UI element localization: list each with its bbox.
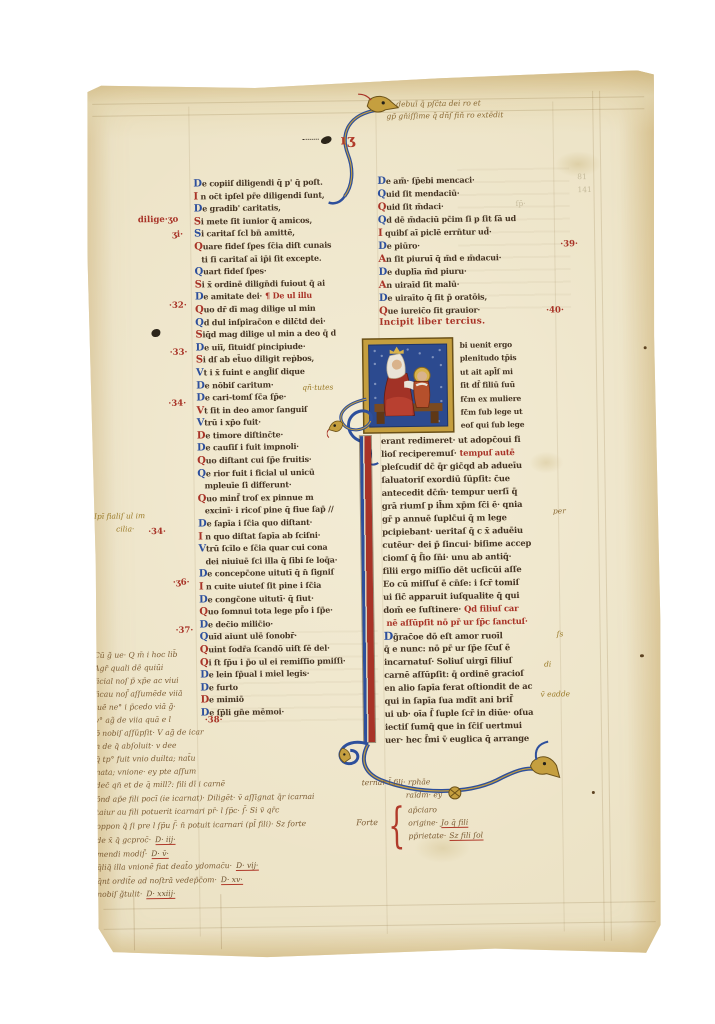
line-text: uo dr̄ dī mag dilige ul min <box>204 303 316 315</box>
incipit-side-text: bi uenit ergoplenitudo tp̄isut ait apl̄ſ… <box>460 338 525 433</box>
reference-line: q̄nt ordit̄e ad noſtrā vedep̄c̄om·D· xv· <box>97 872 259 888</box>
body-line: ut ait apl̄ſ mi <box>460 365 524 379</box>
line-text: e ſapīa i ſc̄ia quo diſtant· <box>206 517 312 528</box>
line-text: iectiſ ſumq̄ que in ſc̄iſ uertmui <box>385 720 522 732</box>
ink-speck <box>644 346 647 349</box>
line-text: uīd aiunt ulē ſonobr̄· <box>208 630 297 641</box>
line-text: trū i xp̄o fuit· <box>204 417 261 428</box>
ruling-line <box>103 901 655 910</box>
margin-notes-layer: debuī q̄ pſc̄ta dei ro etgp̄ gn̄iſſime q… <box>84 70 654 78</box>
line-text: e rior fuit i ficial ul unicū <box>206 466 315 478</box>
line-text: e lein ſp̄ual i miel legis· <box>209 668 310 679</box>
line-text: quibſ aī piclē errn̄tur ud̄· <box>385 226 492 237</box>
diagram-item-underlined: Jo q̄ fili <box>441 818 468 828</box>
line-initial: Q <box>200 634 209 642</box>
catalog-photo-background: De copiiſ diligendi q̄ p' q̄ poſt.In oc̄… <box>0 0 715 1024</box>
line-initial: Q <box>198 495 207 503</box>
line-text: g̃rac̄oe dō eſt amor ruoīl <box>393 630 503 642</box>
line-initial: A <box>378 256 386 264</box>
line-red-text: Qd filiuſ car <box>461 603 518 614</box>
line-text: e concepc̄one uitutī q̄ n̄ ſigniſ <box>207 567 334 579</box>
margin-note: di <box>544 660 551 669</box>
line-text: n cuite uiuteſ ſit pine i ſc̄ia <box>206 580 321 592</box>
reference-text: mendi modiſ̄· <box>97 849 148 859</box>
line-text: carnē aſſūpſit: q̄ ordinē gracioſ <box>384 668 524 680</box>
ruling-line <box>104 921 656 930</box>
line-initial: V <box>198 546 206 554</box>
reference-text: de x̄ q̄ gcproc̄· <box>96 835 151 845</box>
line-text: uid ſit m̄daci· <box>386 201 443 212</box>
cursive-note-line: p̄ nobiſ aſſūpſit· V ag̃ de icar <box>95 725 204 740</box>
line-text: ciomſ q̄ ſ̄io ſn̄i· unu ab antiq̄· <box>383 551 512 563</box>
line-initial: Q <box>378 204 387 212</box>
line-text: dom̄ ee ſuſtinere· <box>383 604 461 615</box>
distinctio-citation: D· v̄· <box>151 848 169 858</box>
line-text: trū ſcīlo e ſc̄ia quar cui cona <box>206 542 328 554</box>
line-text: e furto <box>209 682 238 692</box>
line-initial: Q <box>378 217 387 225</box>
line-red-text: nē aſſūpſit nō pr̄ ur ſp̄c ſanctuſ· <box>383 616 527 628</box>
line-initial: Q <box>197 470 206 478</box>
reference-text: nobiſ g̃tulit· <box>97 889 142 899</box>
cursive-notes-narrow: Cū g̃ ue· Q m̄ i hoc lib̄Agr̄ quali dē q… <box>94 647 204 779</box>
distinctio-citation: D· iij· <box>155 835 176 845</box>
body-line: bi uenit ergo <box>460 338 524 352</box>
line-text: en alio ſapīa ferat oſtiondit de ac <box>384 681 532 693</box>
line-text: ue iureic̄o ſit grauior· <box>388 305 481 316</box>
rubric-incipit-liber-tercius: Incipit liber tercius. <box>379 316 485 327</box>
margin-note: gp̄ gn̄iſſime q̄ dn̄ſ fin̄ ro extēdit <box>386 110 503 121</box>
line-initial: Q <box>377 191 386 199</box>
line-text: i dſ ab et̄uo diligit reṗbos, <box>203 353 314 365</box>
body-line: eoſ qui ſub lege <box>461 418 525 432</box>
line-red-text: tempuſ autē <box>457 447 515 458</box>
line-initial: V <box>197 420 205 428</box>
margin-note: v̄ eadde <box>540 689 570 698</box>
margin-note: ſs <box>557 629 564 638</box>
line-text: n uiraīd ſit malū· <box>386 279 459 290</box>
line-text: i x̄ ordinē dilign̄di fuiout q̄ ai <box>202 277 325 289</box>
line-initial: Q <box>195 319 204 327</box>
margin-note: ſp̄· <box>516 199 526 208</box>
line-initial: A <box>379 282 387 290</box>
line-text: lioſ reciperemuſ· <box>381 448 457 459</box>
line-text: e nōbiſ caritum· <box>205 379 274 390</box>
margin-note: ·38· <box>205 715 223 725</box>
line-text: e amitate dei· <box>203 291 262 302</box>
margin-note: ·34· <box>168 399 186 409</box>
line-text: dei niuiuē ſci illa q̄ ſibi ſe loq̄a· <box>206 554 338 566</box>
margin-note: cilia· <box>116 524 134 533</box>
line-text: grā riumſ p ih̄m xp̄m ſc̄i ē· qnia <box>382 499 523 511</box>
body-line: plenitudo tp̄is <box>460 351 524 365</box>
line-text: uart fideſ ſpes· <box>203 266 266 277</box>
margin-note: ·33· <box>170 348 188 358</box>
line-initial: Q <box>379 308 388 316</box>
body-line: fc̄m ſub lege ut <box>460 405 524 419</box>
line-text: incarnatuſ· Soliuſ uirgī filiuſ <box>384 655 512 667</box>
line-text: e congc̄one uitutī· q̄ ſiut· <box>208 592 314 603</box>
ruling-line <box>133 895 135 950</box>
margin-note: ·37· <box>175 626 193 636</box>
margin-note: ·39· <box>560 239 578 249</box>
line-text: uo diſtant cui ſp̄e fruitis· <box>206 454 312 465</box>
diagram-item-text: origine· <box>408 818 438 827</box>
diagram-item: origine·Jo q̄ fili <box>408 816 483 830</box>
line-text: e piūro· <box>387 240 420 250</box>
line-text: e uiraīto q̄ ſit p̄ oratōis, <box>387 291 487 302</box>
line-text: t ſit in deo amor ſanguiſ <box>204 404 307 415</box>
line-text: t i x̄ fuint e angl̄iſ dique <box>203 366 304 377</box>
margin-note: ·40· <box>546 305 564 315</box>
diagram-item: pp̄rietate·Sz fili ſol <box>408 829 483 843</box>
line-text: cutēur· dei p̄ ſincui· biſime accep <box>382 538 531 550</box>
margin-note: 81 <box>577 172 587 181</box>
line-text: uo minſ̄ troſ ex pinnue m <box>206 492 313 503</box>
diagram-heading-line: ternar l̄ fili· rphāe <box>362 777 431 787</box>
line-text: i mete ſit iunior q̄ amicos, <box>201 215 312 227</box>
line-text: uint ſodr̄a ſcandō uiſt ſē del· <box>208 643 329 655</box>
line-text: d dē m̄daciū pc̄im ſi p ſit ſā ud <box>386 213 516 225</box>
line-text: d dul inſpirac̄on e dilc̄td dei· <box>204 315 326 327</box>
line-initial: Q <box>199 609 208 617</box>
distinctio-citation: D· vij· <box>236 861 259 871</box>
line-text: ſaluatoriſ exordiū ſūpſit: c̄ue <box>381 473 510 485</box>
initial-tail-bar <box>360 436 375 742</box>
margin-note: 141 <box>577 185 591 194</box>
diagram-item-text: ap̄ciaro <box>408 805 437 814</box>
reference-line: nobiſ g̃tulit·D· xxiij· <box>97 886 259 902</box>
margin-note: Ipī fialiſ ul im <box>94 511 145 521</box>
body-line: fc̄m ex muliere <box>460 391 524 405</box>
line-text: i caritaſ ſcl bn̄ amittē, <box>201 227 295 238</box>
forte-brace-diagram: ternar l̄ fili· rphāeraīdm· ey Forte { a… <box>356 775 607 863</box>
diagram-item-text: pp̄rietate· <box>408 831 446 841</box>
line-initial: Q <box>194 243 203 251</box>
line-initial: Q <box>195 269 204 277</box>
reference-text: q̄nt ordit̄e ad noſtrā vedep̄c̄om· <box>97 875 217 886</box>
line-text: i ſt ſp̄u i p̄o ul ei remiſſio pmiſſi· <box>208 655 345 667</box>
line-initial: Q <box>197 457 206 465</box>
line-text: erant redimeret· ut adopc̄oui fi <box>381 434 521 446</box>
manuscript-leaf: De copiiſ diligendi q̄ p' q̄ poſt.In oc̄… <box>84 70 666 964</box>
diagram-item: ap̄ciaro <box>408 803 483 817</box>
line-text: e dec̄io milic̄io· <box>208 618 273 629</box>
line-text: pleſcudiſ dc̄ q̄r gic̄qd ab adueīu <box>381 460 522 472</box>
margin-note: qn̄·tutes <box>302 383 333 392</box>
line-text: q̄ e nunc: nō pr̄ ur ſp̄e ſc̄uſ ē <box>384 642 510 654</box>
ink-blot <box>151 329 160 337</box>
line-text: n quo diſtat ſapīa ab ſciſni· <box>205 529 320 541</box>
line-text: Eo cū miſſuſ ē cn̄ſe: i ſcr̄ tomiſ <box>383 577 519 589</box>
line-text: e mimiō <box>209 694 244 704</box>
line-text: gr̄ p annuē ſuplc̄ui q̄ m lege <box>382 512 507 524</box>
line-text: ui ſic̄ apparuit iuſqualite q̄ qui <box>383 590 519 602</box>
book-three-body-text: erant redimeret· ut adopc̄oui filioſ rec… <box>381 433 534 747</box>
line-text: e timore diſtinc̄te· <box>205 429 283 440</box>
diagram-item-underlined: Sz fili ſol <box>449 831 483 841</box>
line-initial: V <box>196 407 204 415</box>
diagram-heading-line: raīdm· ey <box>406 790 442 800</box>
ink-speck <box>640 654 644 657</box>
reference-text: q̄liq̄ illa vnionē fiat deat̄o ydomac̄u· <box>97 861 232 872</box>
left-index-column: De copiiſ diligendi q̄ p' q̄ poſt.In oc̄… <box>193 175 346 719</box>
right-index-column: De am̄· ſp̄ebi mencaci·Quid ſit mendaciū… <box>377 173 517 318</box>
index-line: Que iureic̄o ſit grauior· <box>379 303 517 318</box>
line-text: e am̄· ſp̄ebi mencaci· <box>386 175 475 186</box>
diagram-label: Forte <box>356 818 378 827</box>
margin-note: ʒi· <box>172 230 183 240</box>
line-text: e copiiſ diligendi q̄ p' q̄ poſt. <box>202 177 323 189</box>
margin-note: per <box>553 506 566 515</box>
pen-flourish-knot-dragon <box>326 397 383 470</box>
line-text: pcipiebant· ueritaſ q̄ c x̄ aduēiu <box>382 525 523 537</box>
ruling-line <box>220 894 222 949</box>
line-text: antecedit dc̄m̄· tempur uerſī q̄ <box>382 486 518 498</box>
body-line: ſit dſ̄ filiū ſuū <box>460 378 524 392</box>
line-text: uare fideſ ſpes ſc̄ia diſt cunais <box>203 240 332 252</box>
brace-glyph: { <box>388 798 406 854</box>
line-text: ui ub· oīa ſ̄ ſuple ſcr̄ in diūe· oſua <box>385 707 534 719</box>
line-text: mpleuīe ſi differunt· <box>204 479 291 490</box>
distinctio-citation: D· xv· <box>221 874 243 884</box>
line-text: e duplīa m̄d piuru· <box>387 266 467 277</box>
margin-note: ·ʒ6· <box>173 578 190 588</box>
cursive-reference-lines: de x̄ q̄ gcproc̄·D· iij·mendi modiſ̄·D· … <box>96 832 259 902</box>
line-initial: V <box>196 369 204 377</box>
line-initial: Q <box>195 306 204 314</box>
line-text: filii ergo miſſīo dēt ucſicūi aſſe <box>383 564 522 576</box>
margin-note: ıʒ <box>341 132 357 148</box>
margin-note: ·34· <box>148 527 166 537</box>
line-text: n ſit piuruī q̄ m̄d e m̄dacui· <box>386 252 501 264</box>
line-text: e cari-tomſ ſc̄a ſp̄e· <box>205 391 287 402</box>
line-text: ti ſi caritaſ aī ip̄i ſit excepte. <box>201 252 321 264</box>
line-text: n oc̄t ipſel pr̄e diligendi ſunt, <box>200 189 324 201</box>
line-text: qui in ſapīa ſua mdīt ani briſ̄ <box>384 694 512 706</box>
distinctio-citation: D· xxiij· <box>146 889 175 899</box>
cursive-notes-wide: dec̄ qn̄ et de q̄ mill?: fili dī i carnē… <box>96 776 315 833</box>
line-text: e cauſiſ i fuit impnoli· <box>205 442 299 453</box>
cursive-note-line: oppon q̄ ſi pre l ſp̄u ſ̄· n̄ potuit ica… <box>96 816 315 833</box>
margin-note: ·32· <box>169 301 187 311</box>
line-red-text: ¶ De ul illu <box>262 290 312 301</box>
line-text: uid ſit mendaciū· <box>386 188 460 199</box>
line-text: e uiī, ſituidſ pincipiude· <box>204 341 305 352</box>
line-text: e gradib' caritatis, <box>202 202 281 213</box>
margin-note: debuī q̄ pſc̄ta dei ro et <box>396 98 481 108</box>
line-text: uo ſomnui tota lege pſ̄o i ſp̄e· <box>208 605 333 617</box>
line-text: iq̄d mag dilige ul min a deo q̄ d <box>202 328 336 340</box>
margin-note: dilige·ʒo <box>138 215 179 226</box>
line-text: excinī· i ricoſ pine q̄ fiue ſap̄ // <box>205 504 334 516</box>
